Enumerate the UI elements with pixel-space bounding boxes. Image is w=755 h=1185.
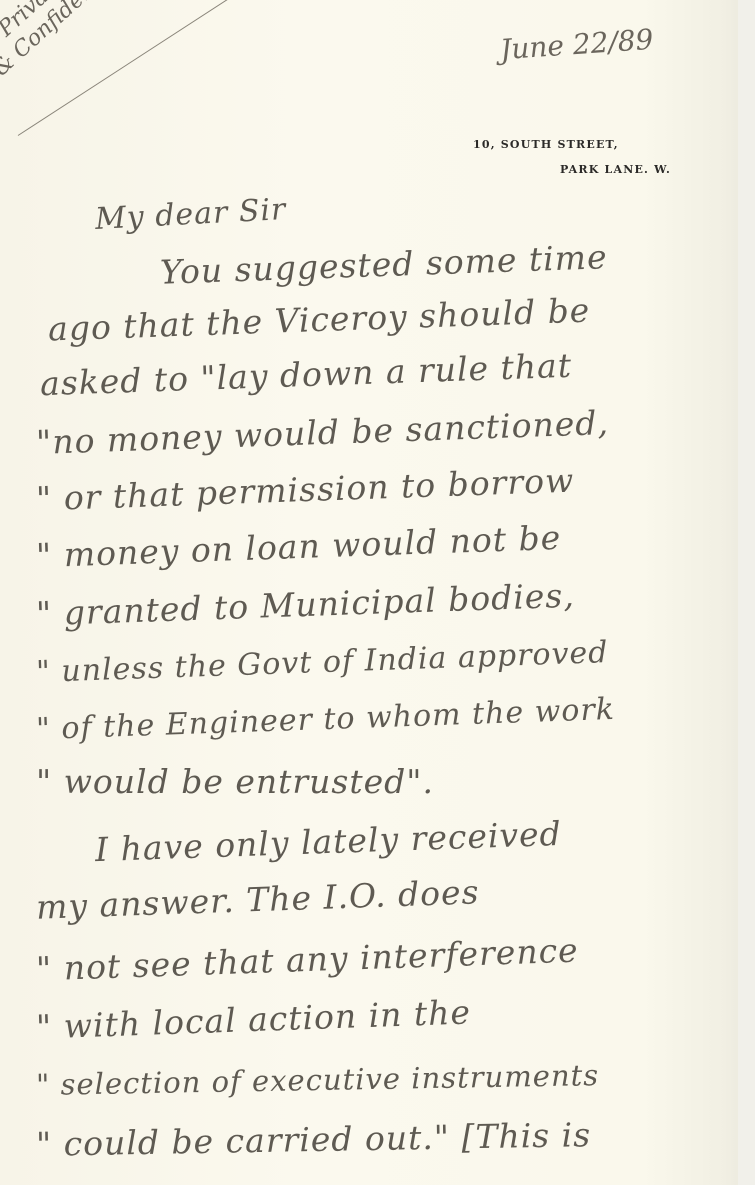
salutation: My dear Sir <box>94 190 287 240</box>
body-line: asked to "lay down a rule that <box>39 346 572 405</box>
letter-date: June 22/89 <box>499 23 654 67</box>
body-line: " of the Engineer to whom the work <box>35 690 615 750</box>
body-line: " selection of executive instruments <box>36 1055 600 1105</box>
body-line: " with local action in the <box>35 992 471 1047</box>
letterhead-street: 10, SOUTH STREET, <box>473 138 619 151</box>
body-line: " unless the Govt of India approved <box>35 633 609 693</box>
body-line: " could be carried out." [This is <box>36 1115 592 1165</box>
body-line: ago that the Viceroy should be <box>47 291 590 350</box>
body-line: my answer. The I.O. does <box>35 872 480 927</box>
letter-page: Private & Confidential June 22/89 10, SO… <box>0 0 755 1185</box>
body-line: You suggested some time <box>159 237 608 293</box>
body-line: " would be entrusted". <box>36 762 434 802</box>
body-line: " not see that any interference <box>35 931 579 990</box>
endorsement-note: Private & Confidential <box>0 0 127 82</box>
body-line: " money on loan would not be <box>35 518 561 576</box>
body-line: "no money would be sanctioned, <box>35 403 609 463</box>
body-line: " or that permission to borrow <box>35 461 574 520</box>
body-line: I have only lately received <box>94 814 562 870</box>
body-line: " granted to Municipal bodies, <box>35 576 575 635</box>
letterhead-area: PARK LANE. W. <box>560 163 671 176</box>
